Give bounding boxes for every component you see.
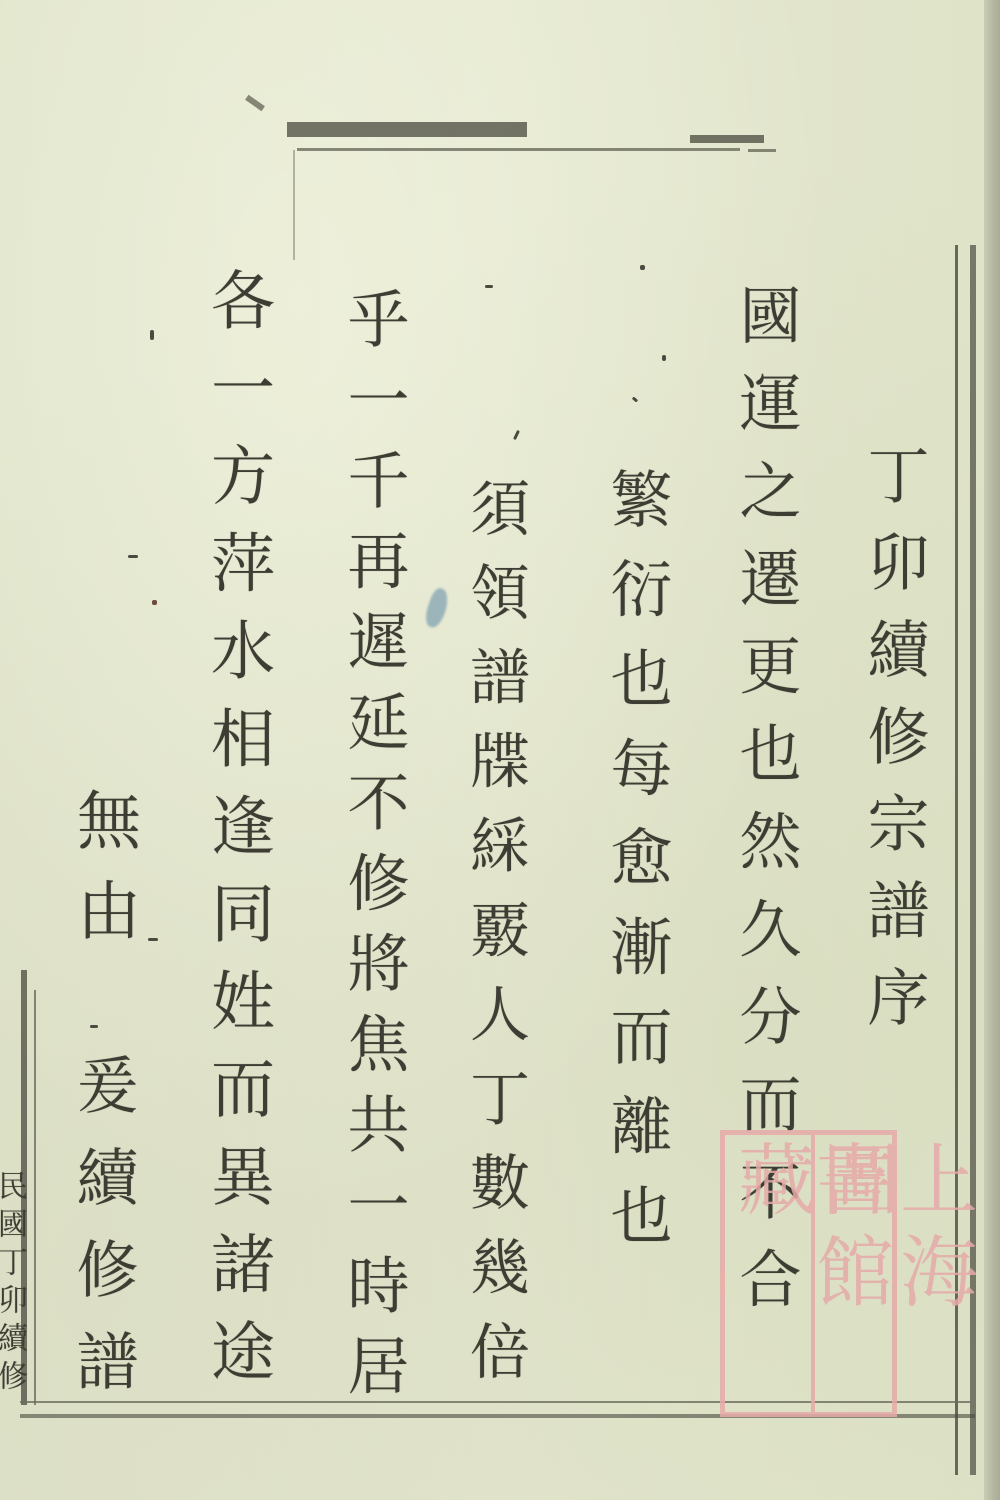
- text-column-3: 須領譜牒綵覈人丁數幾倍: [465, 477, 525, 1404]
- top-left-vertical-line: [293, 150, 295, 260]
- blue-ink-smudge: [422, 586, 451, 630]
- page-edge: [984, 0, 1000, 1500]
- top-frame-heavy-bar: [287, 122, 527, 137]
- ink-mark: [662, 355, 666, 361]
- text-column-4: 乎一千再遲延不修將焦共一時居: [342, 287, 404, 1414]
- ink-mark: [152, 600, 157, 605]
- ink-mark: [632, 396, 639, 402]
- seal-left-column: 書館藏: [731, 1139, 887, 1412]
- left-frame-inner-line: [34, 990, 36, 1405]
- ink-mark: [148, 938, 158, 941]
- preface-title: 丁卯續修宗譜序: [862, 443, 924, 1052]
- ink-mark: [513, 430, 520, 440]
- top-frame-thin-line: [297, 148, 740, 151]
- library-seal: 上海圖 書館藏: [720, 1130, 897, 1417]
- text-column-7-signature: 爰續修譜: [71, 1053, 133, 1421]
- top-left-corner-mark: [245, 95, 265, 111]
- text-column-2: 繁衍也每愈漸而離也: [605, 467, 667, 1273]
- text-column-5: 各一方萍水相逢同姓而異諸途: [205, 267, 269, 1406]
- ink-mark: [150, 330, 154, 340]
- ink-mark: [90, 1025, 98, 1028]
- margin-note: 民國丁卯續修: [0, 1170, 24, 1398]
- ink-mark: [640, 265, 645, 270]
- text-column-6: 無由: [71, 787, 135, 967]
- top-frame-thin-line-fragment: [748, 149, 776, 152]
- ink-mark: [128, 555, 138, 558]
- ink-mark: [485, 285, 493, 288]
- top-frame-heavy-bar-fragment: [690, 135, 764, 143]
